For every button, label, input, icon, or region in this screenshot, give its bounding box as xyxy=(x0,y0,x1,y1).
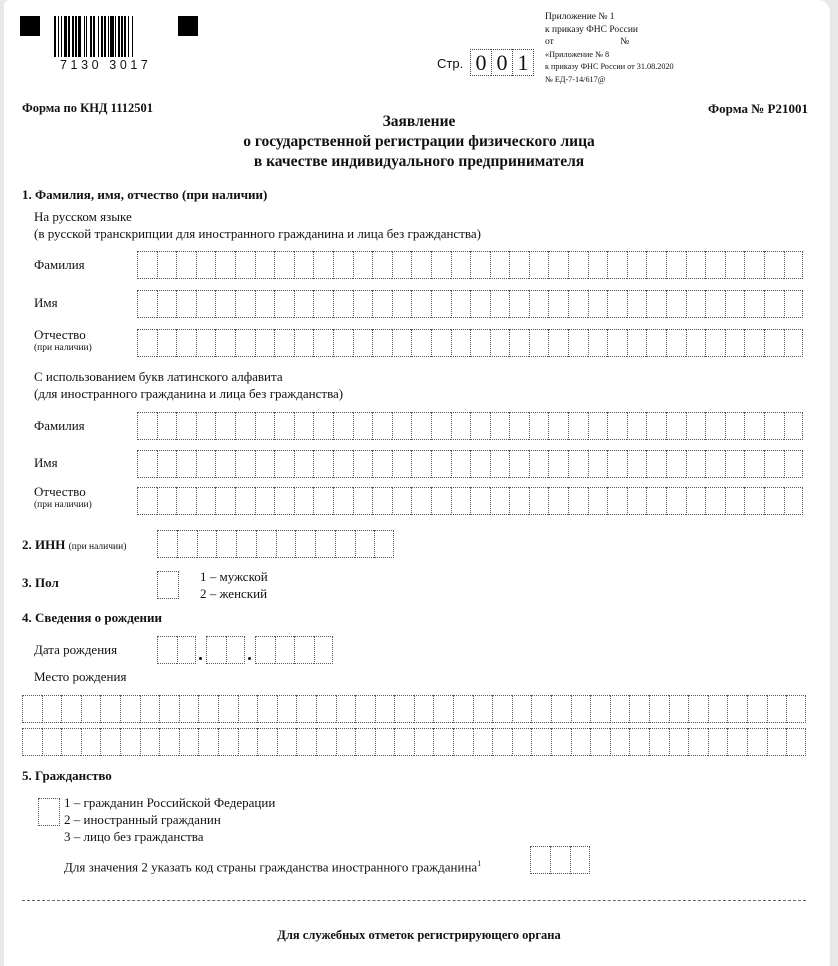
char-cell xyxy=(353,290,373,318)
char-cell xyxy=(451,290,471,318)
char-cell xyxy=(375,728,395,756)
char-cell xyxy=(784,450,804,478)
patronymic-lat-field[interactable] xyxy=(137,487,803,515)
char-cell xyxy=(353,450,373,478)
char-cell xyxy=(375,695,395,723)
char-cell xyxy=(296,728,316,756)
appendix-note: Приложение № 1 к приказу ФНС России от №… xyxy=(545,11,674,87)
char-cell xyxy=(276,530,296,558)
alignment-marker-left xyxy=(20,16,40,36)
name-lat-field[interactable] xyxy=(137,450,803,478)
char-cell xyxy=(646,290,666,318)
char-cell xyxy=(470,412,490,440)
char-cell xyxy=(372,412,392,440)
char-cell xyxy=(627,329,647,357)
char-cell xyxy=(137,450,157,478)
char-cell xyxy=(372,329,392,357)
char-cell xyxy=(529,450,549,478)
char-cell xyxy=(137,329,157,357)
char-cell xyxy=(550,846,570,874)
char-cell xyxy=(646,450,666,478)
char-cell xyxy=(355,695,375,723)
surname-ru-field[interactable] xyxy=(137,251,803,279)
char-cell xyxy=(176,487,196,515)
section-3-heading: 3. Пол xyxy=(22,575,59,591)
char-cell xyxy=(196,412,216,440)
char-cell xyxy=(42,728,62,756)
name-ru-label: Имя xyxy=(34,294,58,311)
char-cell xyxy=(568,487,588,515)
char-cell xyxy=(747,728,767,756)
separator-line xyxy=(22,900,806,901)
char-cell xyxy=(590,728,610,756)
char-cell xyxy=(313,290,333,318)
char-cell xyxy=(548,290,568,318)
char-cell xyxy=(274,329,294,357)
surname-ru-label: Фамилия xyxy=(34,256,85,273)
barcode-number: 7130 3017 xyxy=(60,58,152,72)
char-cell xyxy=(335,530,355,558)
char-cell xyxy=(238,695,258,723)
char-cell xyxy=(433,728,453,756)
char-cell xyxy=(394,728,414,756)
char-cell xyxy=(470,450,490,478)
char-cell xyxy=(215,412,235,440)
char-cell xyxy=(627,251,647,279)
char-cell xyxy=(137,487,157,515)
char-cell xyxy=(411,450,431,478)
char-cell xyxy=(764,412,784,440)
char-cell xyxy=(157,571,179,599)
char-cell xyxy=(646,487,666,515)
char-cell xyxy=(548,412,568,440)
gender-field[interactable] xyxy=(157,571,179,599)
title-line: в качестве индивидуального предпринимате… xyxy=(0,152,838,172)
char-cell xyxy=(607,290,627,318)
surname-lat-field[interactable] xyxy=(137,412,803,440)
char-cell xyxy=(490,450,510,478)
char-cell xyxy=(42,695,62,723)
char-cell xyxy=(255,290,275,318)
char-cell xyxy=(764,251,784,279)
char-cell xyxy=(372,450,392,478)
char-cell xyxy=(433,695,453,723)
char-cell xyxy=(688,728,708,756)
char-cell xyxy=(177,530,197,558)
char-cell xyxy=(744,450,764,478)
char-cell xyxy=(490,487,510,515)
char-cell xyxy=(235,450,255,478)
char-cell xyxy=(492,728,512,756)
char-cell xyxy=(431,290,451,318)
char-cell xyxy=(784,487,804,515)
char-cell xyxy=(275,636,295,664)
char-cell xyxy=(666,329,686,357)
char-cell xyxy=(669,728,689,756)
char-cell xyxy=(725,487,745,515)
char-cell xyxy=(392,290,412,318)
char-cell xyxy=(473,728,493,756)
char-cell xyxy=(607,487,627,515)
appendix-line: к приказу ФНС России xyxy=(545,24,674,37)
patronymic-ru-field[interactable] xyxy=(137,329,803,357)
char-cell xyxy=(764,487,784,515)
char-cell xyxy=(120,695,140,723)
title-line: о государственной регистрации физическог… xyxy=(0,132,838,152)
char-cell xyxy=(568,290,588,318)
char-cell xyxy=(294,636,314,664)
char-cell xyxy=(314,636,334,664)
title-line: Заявление xyxy=(0,112,838,132)
char-cell xyxy=(509,251,529,279)
char-cell xyxy=(548,450,568,478)
char-cell xyxy=(764,329,784,357)
char-cell xyxy=(512,695,532,723)
char-cell xyxy=(157,487,177,515)
caption-line: (в русской транскрипции для иностранного… xyxy=(34,225,481,242)
char-cell xyxy=(177,636,197,664)
char-cell xyxy=(333,412,353,440)
char-cell xyxy=(159,695,179,723)
char-cell xyxy=(588,329,608,357)
char-cell xyxy=(548,329,568,357)
birth-place-field-row-2[interactable] xyxy=(22,728,806,756)
char-cell xyxy=(451,412,471,440)
char-cell xyxy=(255,329,275,357)
char-cell xyxy=(686,251,706,279)
char-cell xyxy=(686,450,706,478)
char-cell xyxy=(257,695,277,723)
name-ru-field[interactable] xyxy=(137,290,803,318)
char-cell xyxy=(627,290,647,318)
char-cell xyxy=(215,251,235,279)
char-cell xyxy=(157,329,177,357)
char-cell xyxy=(294,487,314,515)
char-cell xyxy=(353,412,373,440)
char-cell xyxy=(196,290,216,318)
char-cell xyxy=(196,329,216,357)
char-cell xyxy=(355,530,375,558)
char-cell xyxy=(274,290,294,318)
char-cell xyxy=(610,695,630,723)
char-cell xyxy=(313,251,333,279)
char-cell xyxy=(764,290,784,318)
section-5-heading: 5. Гражданство xyxy=(22,768,112,784)
char-cell xyxy=(610,728,630,756)
birth-date-field[interactable] xyxy=(157,636,333,664)
char-cell xyxy=(411,251,431,279)
char-cell xyxy=(470,251,490,279)
appendix-line: Приложение № 1 xyxy=(545,11,674,24)
char-cell xyxy=(627,450,647,478)
char-cell xyxy=(686,487,706,515)
char-cell xyxy=(238,728,258,756)
char-cell xyxy=(492,695,512,723)
char-cell xyxy=(568,251,588,279)
char-cell xyxy=(196,251,216,279)
char-cell xyxy=(274,251,294,279)
char-cell xyxy=(196,487,216,515)
char-cell xyxy=(627,412,647,440)
appendix-line: № ЕД-7-14/617@ xyxy=(545,74,674,87)
birth-place-label: Место рождения xyxy=(34,668,126,685)
surname-lat-label: Фамилия xyxy=(34,417,85,434)
char-cell xyxy=(392,412,412,440)
country-code-field[interactable] xyxy=(530,846,590,874)
char-cell xyxy=(686,329,706,357)
char-cell xyxy=(453,695,473,723)
char-cell xyxy=(646,251,666,279)
char-cell xyxy=(744,329,764,357)
char-cell xyxy=(226,636,246,664)
page-digit: 0 xyxy=(470,49,491,76)
char-cell xyxy=(725,412,745,440)
page-number-field[interactable]: 0 0 1 xyxy=(470,49,534,76)
char-cell xyxy=(490,329,510,357)
gender-option: 2 – женский xyxy=(200,585,268,602)
char-cell xyxy=(215,450,235,478)
char-cell xyxy=(666,290,686,318)
footnote-marker: 1 xyxy=(477,859,481,868)
char-cell xyxy=(473,695,493,723)
char-cell xyxy=(411,412,431,440)
char-cell xyxy=(157,450,177,478)
russian-caption: На русском языке (в русской транскрипции… xyxy=(34,208,481,242)
char-cell xyxy=(215,290,235,318)
char-cell xyxy=(764,450,784,478)
char-cell xyxy=(372,251,392,279)
char-cell xyxy=(784,290,804,318)
char-cell xyxy=(22,728,42,756)
char-cell xyxy=(394,695,414,723)
country-code-label: Для значения 2 указать код страны гражда… xyxy=(64,855,481,875)
date-separator xyxy=(196,636,206,664)
section-4-heading: 4. Сведения о рождении xyxy=(22,610,162,626)
char-cell xyxy=(725,290,745,318)
char-cell xyxy=(392,487,412,515)
char-cell xyxy=(767,695,787,723)
char-cell xyxy=(140,695,160,723)
char-cell xyxy=(512,728,532,756)
char-cell xyxy=(451,450,471,478)
char-cell xyxy=(570,846,590,874)
char-cell xyxy=(607,251,627,279)
char-cell xyxy=(235,290,255,318)
char-cell xyxy=(333,450,353,478)
char-cell xyxy=(629,728,649,756)
char-cell xyxy=(490,290,510,318)
char-cell xyxy=(666,450,686,478)
latin-caption: С использованием букв латинского алфавит… xyxy=(34,368,343,402)
char-cell xyxy=(313,450,333,478)
char-cell xyxy=(218,728,238,756)
char-cell xyxy=(431,412,451,440)
inn-field[interactable] xyxy=(157,530,394,558)
char-cell xyxy=(530,846,550,874)
char-cell xyxy=(531,695,551,723)
char-cell xyxy=(414,728,434,756)
char-cell xyxy=(431,251,451,279)
char-cell xyxy=(649,728,669,756)
char-cell xyxy=(333,251,353,279)
appendix-line: от № xyxy=(545,36,674,49)
date-separator xyxy=(245,636,255,664)
char-cell xyxy=(235,412,255,440)
char-cell xyxy=(198,695,218,723)
char-cell xyxy=(725,450,745,478)
char-cell xyxy=(372,290,392,318)
char-cell xyxy=(336,728,356,756)
char-cell xyxy=(316,695,336,723)
char-cell xyxy=(588,487,608,515)
char-cell xyxy=(274,450,294,478)
char-cell xyxy=(453,728,473,756)
char-cell xyxy=(81,695,101,723)
char-cell xyxy=(255,412,275,440)
char-cell xyxy=(294,450,314,478)
char-cell xyxy=(727,695,747,723)
char-cell xyxy=(277,728,297,756)
label-sub: (при наличии) xyxy=(34,340,92,357)
char-cell xyxy=(274,412,294,440)
char-cell xyxy=(727,728,747,756)
char-cell xyxy=(451,487,471,515)
char-cell xyxy=(197,530,217,558)
char-cell xyxy=(744,251,764,279)
char-cell xyxy=(296,695,316,723)
char-cell xyxy=(414,695,434,723)
char-cell xyxy=(529,251,549,279)
char-cell xyxy=(179,695,199,723)
char-cell xyxy=(705,487,725,515)
char-cell xyxy=(529,329,549,357)
char-cell xyxy=(786,728,806,756)
char-cell xyxy=(336,695,356,723)
char-cell xyxy=(551,728,571,756)
char-cell xyxy=(431,450,451,478)
char-cell xyxy=(705,329,725,357)
char-cell xyxy=(646,412,666,440)
char-cell xyxy=(431,487,451,515)
patronymic-lat-label: Отчество (при наличии) xyxy=(34,483,92,514)
citizenship-option: 1 – гражданин Российской Федерации xyxy=(64,794,275,811)
char-cell xyxy=(81,728,101,756)
char-cell xyxy=(509,450,529,478)
char-cell xyxy=(392,450,412,478)
char-cell xyxy=(277,695,297,723)
char-cell xyxy=(705,251,725,279)
char-cell xyxy=(157,290,177,318)
char-cell xyxy=(509,412,529,440)
char-cell xyxy=(411,487,431,515)
char-cell xyxy=(313,329,333,357)
char-cell xyxy=(588,412,608,440)
char-cell xyxy=(140,728,160,756)
section-1-heading: 1. Фамилия, имя, отчество (при наличии) xyxy=(22,187,267,203)
char-cell xyxy=(22,695,42,723)
char-cell xyxy=(705,290,725,318)
char-cell xyxy=(490,251,510,279)
char-cell xyxy=(294,290,314,318)
char-cell xyxy=(451,251,471,279)
gender-options: 1 – мужской 2 – женский xyxy=(200,568,268,602)
char-cell xyxy=(784,329,804,357)
char-cell xyxy=(206,636,226,664)
char-cell xyxy=(176,450,196,478)
char-cell xyxy=(629,695,649,723)
char-cell xyxy=(509,329,529,357)
char-cell xyxy=(137,251,157,279)
char-cell xyxy=(255,636,275,664)
char-cell xyxy=(159,728,179,756)
char-cell xyxy=(215,329,235,357)
char-cell xyxy=(784,412,804,440)
char-cell xyxy=(294,412,314,440)
birth-place-field-row-1[interactable] xyxy=(22,695,806,723)
char-cell xyxy=(411,329,431,357)
caption-line: С использованием букв латинского алфавит… xyxy=(34,368,343,385)
char-cell xyxy=(333,487,353,515)
char-cell xyxy=(294,329,314,357)
char-cell xyxy=(216,530,236,558)
char-cell xyxy=(196,450,216,478)
char-cell xyxy=(669,695,689,723)
char-cell xyxy=(176,329,196,357)
char-cell xyxy=(179,728,199,756)
char-cell xyxy=(353,329,373,357)
citizenship-options: 1 – гражданин Российской Федерации 2 – и… xyxy=(64,794,275,845)
char-cell xyxy=(392,329,412,357)
char-cell xyxy=(784,251,804,279)
char-cell xyxy=(786,695,806,723)
char-cell xyxy=(571,695,591,723)
appendix-line: «Приложение № 8 xyxy=(545,49,674,62)
char-cell xyxy=(551,695,571,723)
char-cell xyxy=(509,290,529,318)
char-cell xyxy=(392,251,412,279)
char-cell xyxy=(509,487,529,515)
char-cell xyxy=(529,487,549,515)
char-cell xyxy=(588,450,608,478)
char-cell xyxy=(215,487,235,515)
char-cell xyxy=(548,487,568,515)
char-cell xyxy=(235,487,255,515)
page-digit: 0 xyxy=(491,49,512,76)
char-cell xyxy=(255,251,275,279)
document-title: Заявление о государственной регистрации … xyxy=(0,112,838,172)
char-cell xyxy=(100,728,120,756)
barcode xyxy=(54,16,164,57)
char-cell xyxy=(38,798,60,826)
char-cell xyxy=(198,728,218,756)
char-cell xyxy=(61,728,81,756)
char-cell xyxy=(688,695,708,723)
char-cell xyxy=(315,530,335,558)
char-cell xyxy=(686,412,706,440)
citizenship-option: 2 – иностранный гражданин xyxy=(64,811,275,828)
char-cell xyxy=(255,450,275,478)
char-cell xyxy=(411,290,431,318)
char-cell xyxy=(316,728,336,756)
char-cell xyxy=(744,487,764,515)
char-cell xyxy=(176,251,196,279)
char-cell xyxy=(470,329,490,357)
citizenship-field[interactable] xyxy=(38,798,60,826)
alignment-marker-right xyxy=(178,16,198,36)
label-sub: (при наличии) xyxy=(34,497,92,514)
char-cell xyxy=(470,290,490,318)
char-cell xyxy=(372,487,392,515)
